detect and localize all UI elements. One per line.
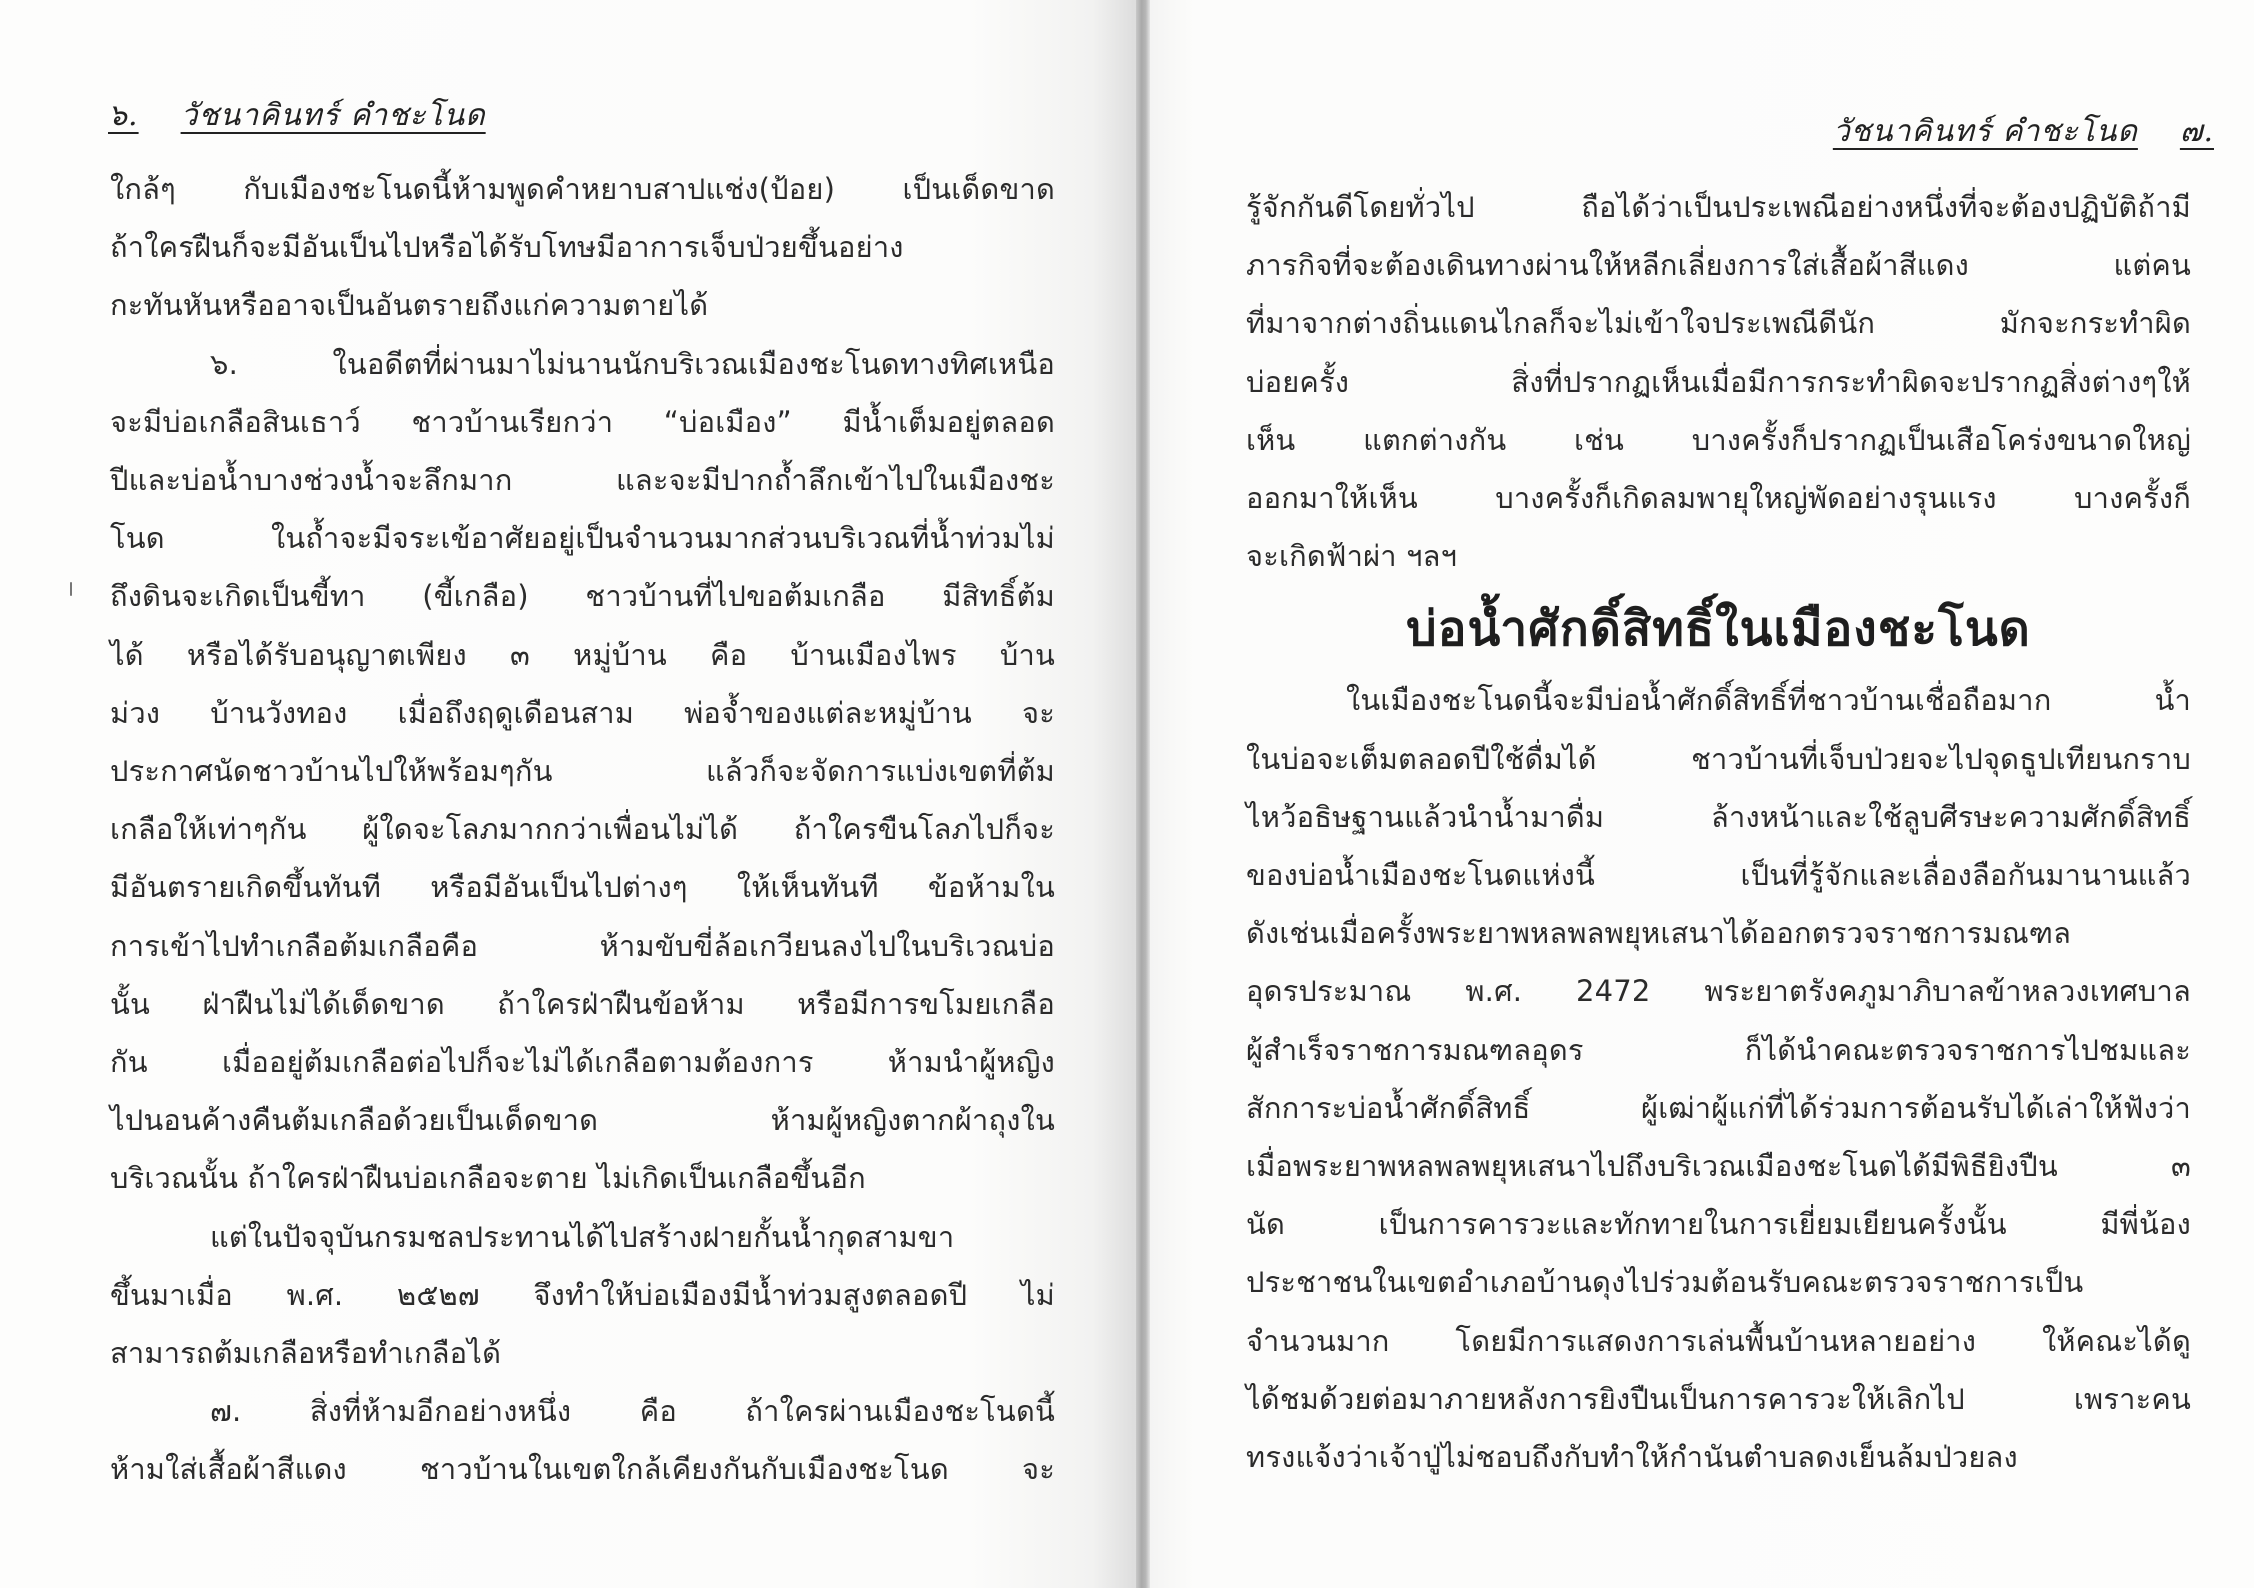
text-line: ๖. ในอดีตที่ผ่านมาไม่นานนักบริเวณเมืองชะ… xyxy=(110,335,1055,393)
book-spine xyxy=(1136,0,1150,1588)
running-head-title: วัชนาคินทร์ คำชะโนด xyxy=(1833,114,2138,149)
text-line: ถ้าใครฝืนก็จะมีอันเป็นไปหรือได้รับโทษมีอ… xyxy=(110,218,1055,276)
page-number: ๖. xyxy=(108,98,139,133)
running-head-title: วัชนาคินทร์ คำชะโนด xyxy=(181,98,486,133)
text-line: อุดรประมาณ พ.ศ. 2472 พระยาตรังคภูมาภิบาล… xyxy=(1246,962,2191,1020)
right-page: วัชนาคินทร์ คำชะโนด๗. รู้จักกันดีโดยทั่ว… xyxy=(1150,0,2254,1588)
text-line: จะมีบ่อเกลือสินเธาว์ ชาวบ้านเรียกว่า “บ่… xyxy=(110,393,1055,451)
text-line: ปีและบ่อน้ำบางช่วงน้ำจะลึกมาก และจะมีปาก… xyxy=(110,451,1055,509)
text-line: นั้น ฝ่าฝืนไม่ได้เด็ดขาด ถ้าใครฝ่าฝืนข้อ… xyxy=(110,975,1055,1033)
text-line: บ่อยครั้ง สิ่งที่ปรากฏเห็นเมื่อมีการกระท… xyxy=(1246,353,2191,411)
text-line: ทรงแจ้งว่าเจ้าปู่ไม่ชอบถึงกับทำให้กำนันต… xyxy=(1246,1428,2191,1486)
text-line: ผู้สำเร็จราชการมณฑลอุดร ก็ได้นำคณะตรวจรา… xyxy=(1246,1021,2191,1079)
text-line: ประชาชนในเขตอำเภอบ้านดุงไปร่วมต้อนรับคณะ… xyxy=(1246,1253,2191,1311)
text-line: ได้ชมด้วยต่อมาภายหลังการยิงปืนเป็นการคาร… xyxy=(1246,1370,2191,1428)
left-body-text: ใกล้ๆ กับเมืองชะโนดนี้ห้ามพูดคำหยาบสาปแช… xyxy=(110,160,1055,1499)
text-line: แต่ในปัจจุบันกรมชลประทานได้ไปสร้างฝายกั้… xyxy=(110,1208,1055,1266)
text-line: รู้จักกันดีโดยทั่วไป ถือได้ว่าเป็นประเพณ… xyxy=(1246,178,2191,236)
left-page: ๖.วัชนาคินทร์ คำชะโนด ใกล้ๆ กับเมืองชะโน… xyxy=(0,0,1138,1588)
left-running-head: ๖.วัชนาคินทร์ คำชะโนด xyxy=(108,92,486,139)
text-line: สามารถต้มเกลือหรือทำเกลือได้ xyxy=(110,1324,1055,1382)
scan-speck xyxy=(70,582,72,596)
book-spread: ๖.วัชนาคินทร์ คำชะโนด ใกล้ๆ กับเมืองชะโน… xyxy=(0,0,2254,1588)
text-line: บริเวณนั้น ถ้าใครฝ่าฝืนบ่อเกลือจะตาย ไม่… xyxy=(110,1149,1055,1207)
text-line: สักการะบ่อน้ำศักดิ์สิทธิ์ ผู้เฒ่าผู้แก่ท… xyxy=(1246,1079,2191,1137)
text-line: ดังเช่นเมื่อครั้งพระยาพหลพลพยุหเสนาได้ออ… xyxy=(1246,904,2191,962)
text-line: การเข้าไปทำเกลือต้มเกลือคือ ห้ามขับขี่ล้… xyxy=(110,917,1055,975)
text-line: ห้ามใส่เสื้อผ้าสีแดง ชาวบ้านในเขตใกล้เคี… xyxy=(110,1440,1055,1498)
text-line: ใกล้ๆ กับเมืองชะโนดนี้ห้ามพูดคำหยาบสาปแช… xyxy=(110,160,1055,218)
text-line: ในเมืองชะโนดนี้จะมีบ่อน้ำศักดิ์สิทธิ์ที่… xyxy=(1246,671,2191,729)
text-line: ไหว้อธิษฐานแล้วนำน้ำมาดื่ม ล้างหน้าและใช… xyxy=(1246,788,2191,846)
text-line: ภารกิจที่จะต้องเดินทางผ่านให้หลีกเลี่ยงก… xyxy=(1246,236,2191,294)
text-line: ๗. สิ่งที่ห้ามอีกอย่างหนึ่ง คือ ถ้าใครผ่… xyxy=(110,1382,1055,1440)
text-line: ไปนอนค้างคืนต้มเกลือด้วยเป็นเด็ดขาด ห้าม… xyxy=(110,1091,1055,1149)
text-line: ในบ่อจะเต็มตลอดปีใช้ดื่มได้ ชาวบ้านที่เจ… xyxy=(1246,730,2191,788)
right-running-head: วัชนาคินทร์ คำชะโนด๗. xyxy=(1833,108,2214,155)
text-line: ของบ่อน้ำเมืองชะโนดแห่งนี้ เป็นที่รู้จัก… xyxy=(1246,846,2191,904)
text-line: มีอันตรายเกิดขึ้นทันที หรือมีอันเป็นไปต่… xyxy=(110,858,1055,916)
text-line: ได้ หรือได้รับอนุญาตเพียง ๓ หมู่บ้าน คือ… xyxy=(110,626,1055,684)
text-line: ที่มาจากต่างถิ่นแดนไกลก็จะไม่เข้าใจประเพ… xyxy=(1246,294,2191,352)
text-line: ประกาศนัดชาวบ้านไปให้พร้อมๆกัน แล้วก็จะจ… xyxy=(110,742,1055,800)
text-line: กะทันหันหรืออาจเป็นอันตรายถึงแก่ความตายไ… xyxy=(110,276,1055,334)
text-line: โนด ในถ้ำจะมีจระเข้อาศัยอยู่เป็นจำนวนมาก… xyxy=(110,509,1055,567)
text-line: ม่วง บ้านวังทอง เมื่อถึงฤดูเดือนสาม พ่อจ… xyxy=(110,684,1055,742)
text-line: เมื่อพระยาพหลพลพยุหเสนาไปถึงบริเวณเมืองช… xyxy=(1246,1137,2191,1195)
text-line: ถึงดินจะเกิดเป็นขี้ทา (ขี้เกลือ) ชาวบ้าน… xyxy=(110,567,1055,625)
text-line: เห็น แตกต่างกัน เช่น บางครั้งก็ปรากฏเป็น… xyxy=(1246,411,2191,469)
right-body-text: รู้จักกันดีโดยทั่วไป ถือได้ว่าเป็นประเพณ… xyxy=(1246,178,2191,1486)
text-line: จะเกิดฟ้าผ่า ฯลฯ xyxy=(1246,527,2191,585)
text-line: ขึ้นมาเมื่อ พ.ศ. ๒๕๒๗ จึงทำให้บ่อเมืองมี… xyxy=(110,1266,1055,1324)
page-number: ๗. xyxy=(2180,114,2214,149)
text-line: ออกมาให้เห็น บางครั้งก็เกิดลมพายุใหญ่พัด… xyxy=(1246,469,2191,527)
text-line: กัน เมื่ออยู่ต้มเกลือต่อไปก็จะไม่ได้เกลื… xyxy=(110,1033,1055,1091)
text-line: จำนวนมาก โดยมีการแสดงการเล่นพื้นบ้านหลาย… xyxy=(1246,1312,2191,1370)
text-line: เกลือให้เท่าๆกัน ผู้ใดจะโลภมากกว่าเพื่อน… xyxy=(110,800,1055,858)
text-line: นัด เป็นการคารวะและทักทายในการเยี่ยมเยีย… xyxy=(1246,1195,2191,1253)
section-heading: บ่อน้ำศักดิ์สิทธิ์ในเมืองชะโนด xyxy=(1246,599,2191,659)
